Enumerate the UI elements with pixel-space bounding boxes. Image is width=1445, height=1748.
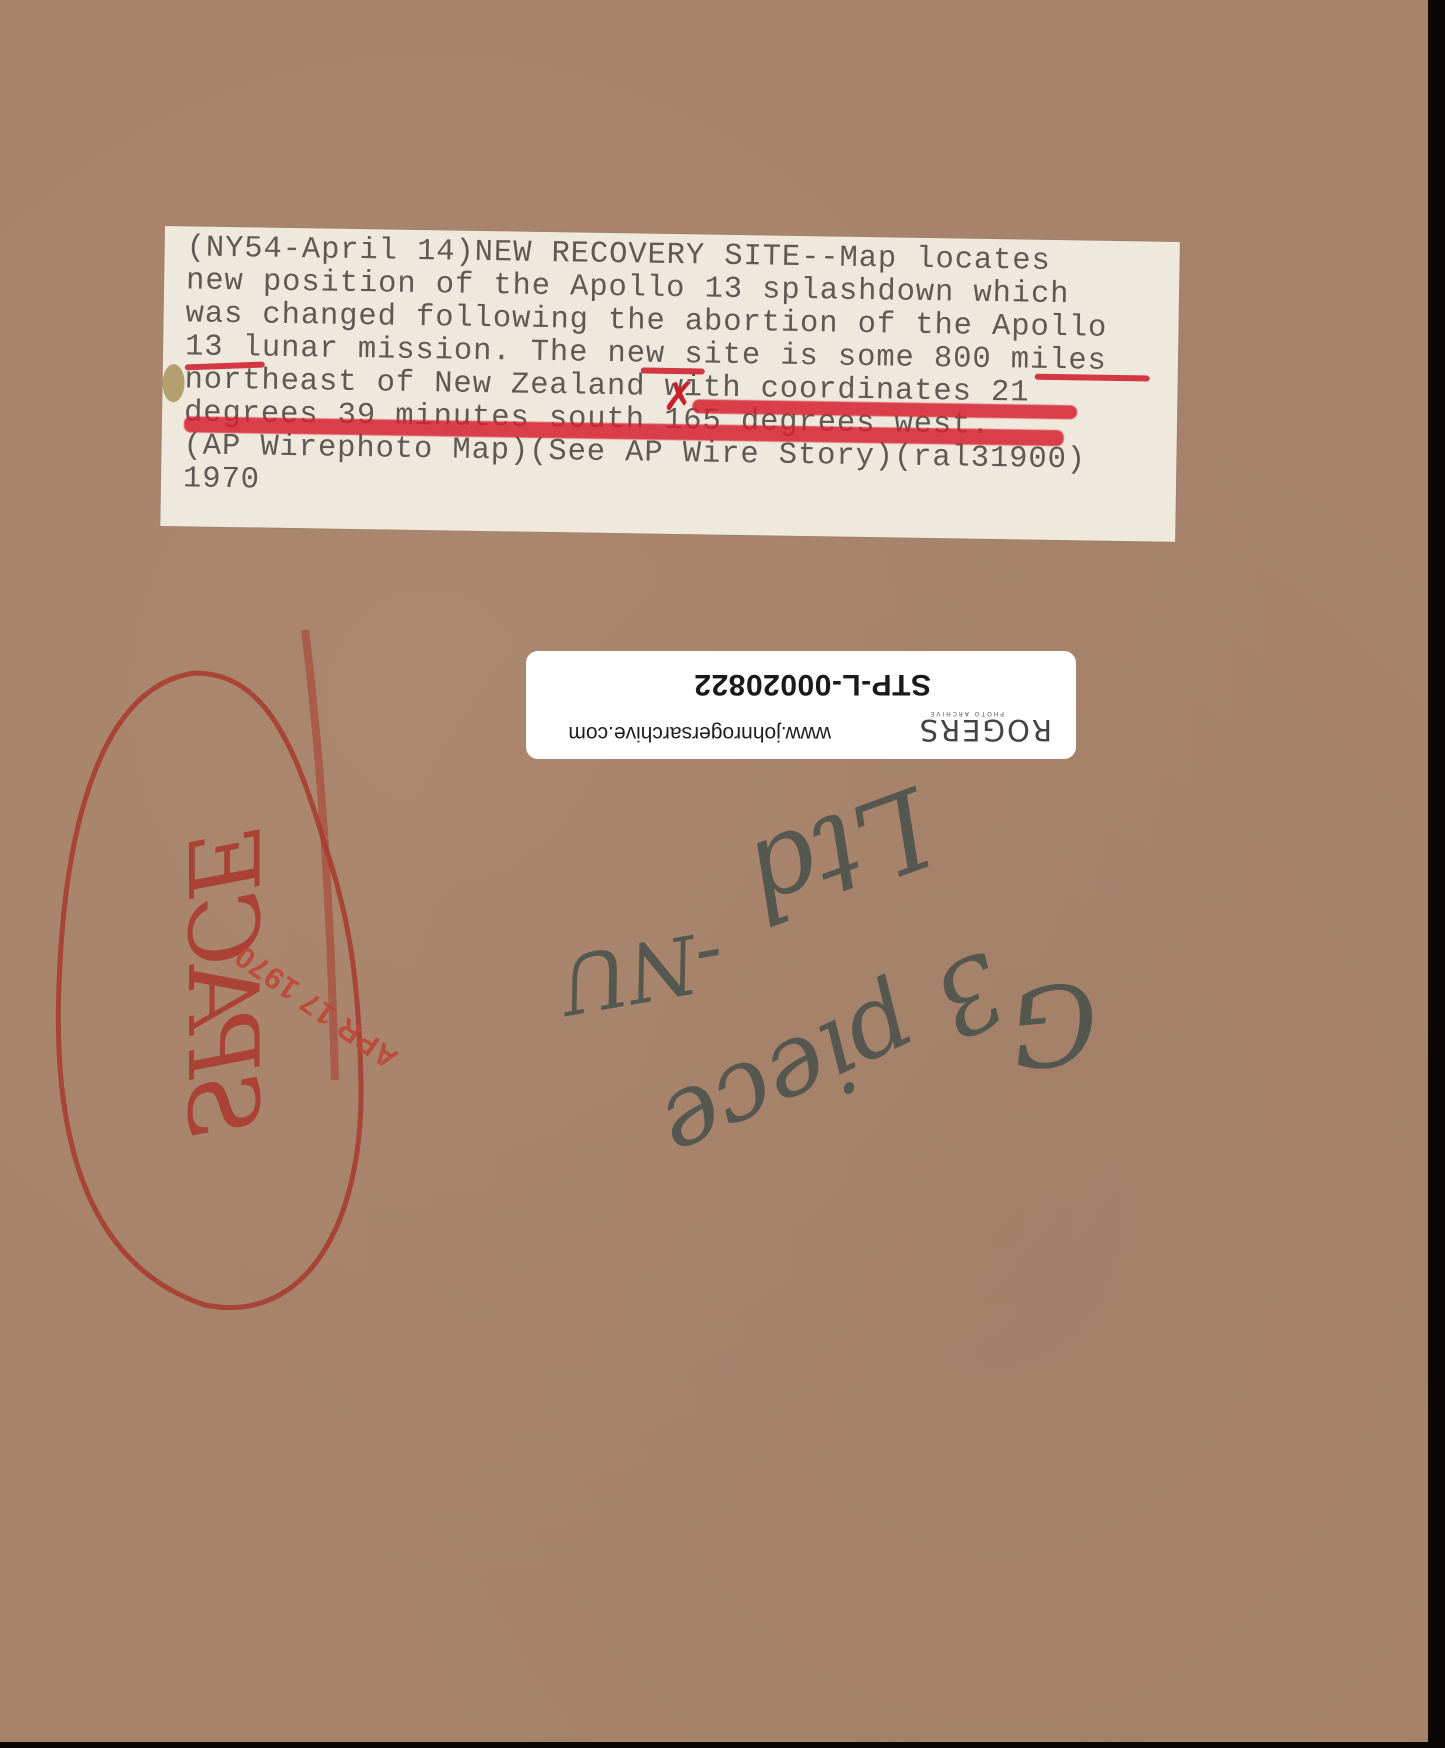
photo-back-paper: (NY54-April 14)NEW RECOVERY SITE--Map lo… (0, 0, 1428, 1742)
caption-line-8: 1970 (183, 463, 260, 496)
insert-mark: ✗ (662, 374, 696, 421)
caption-slip: (NY54-April 14)NEW RECOVERY SITE--Map lo… (160, 226, 1180, 542)
pencil-note-ltd: Ltd (729, 762, 949, 946)
rogers-logo: ROGERS PHOTO ARCHIVE (892, 709, 1052, 753)
pencil-note-nu: -NU (553, 911, 731, 1031)
underline-apollo (1035, 374, 1150, 382)
pencil-note-g: G (1005, 956, 1104, 1091)
archive-label: ROGERS PHOTO ARCHIVE www.johnrogersarchi… (526, 651, 1076, 759)
brand-subtitle: PHOTO ARCHIVE (929, 710, 1005, 717)
archive-url[interactable]: www.johnrogersarchive.com (568, 721, 831, 745)
archive-code: STP-L-00020822 (694, 667, 931, 701)
tape-stain (162, 364, 185, 402)
brand-name: ROGERS (918, 713, 1052, 747)
